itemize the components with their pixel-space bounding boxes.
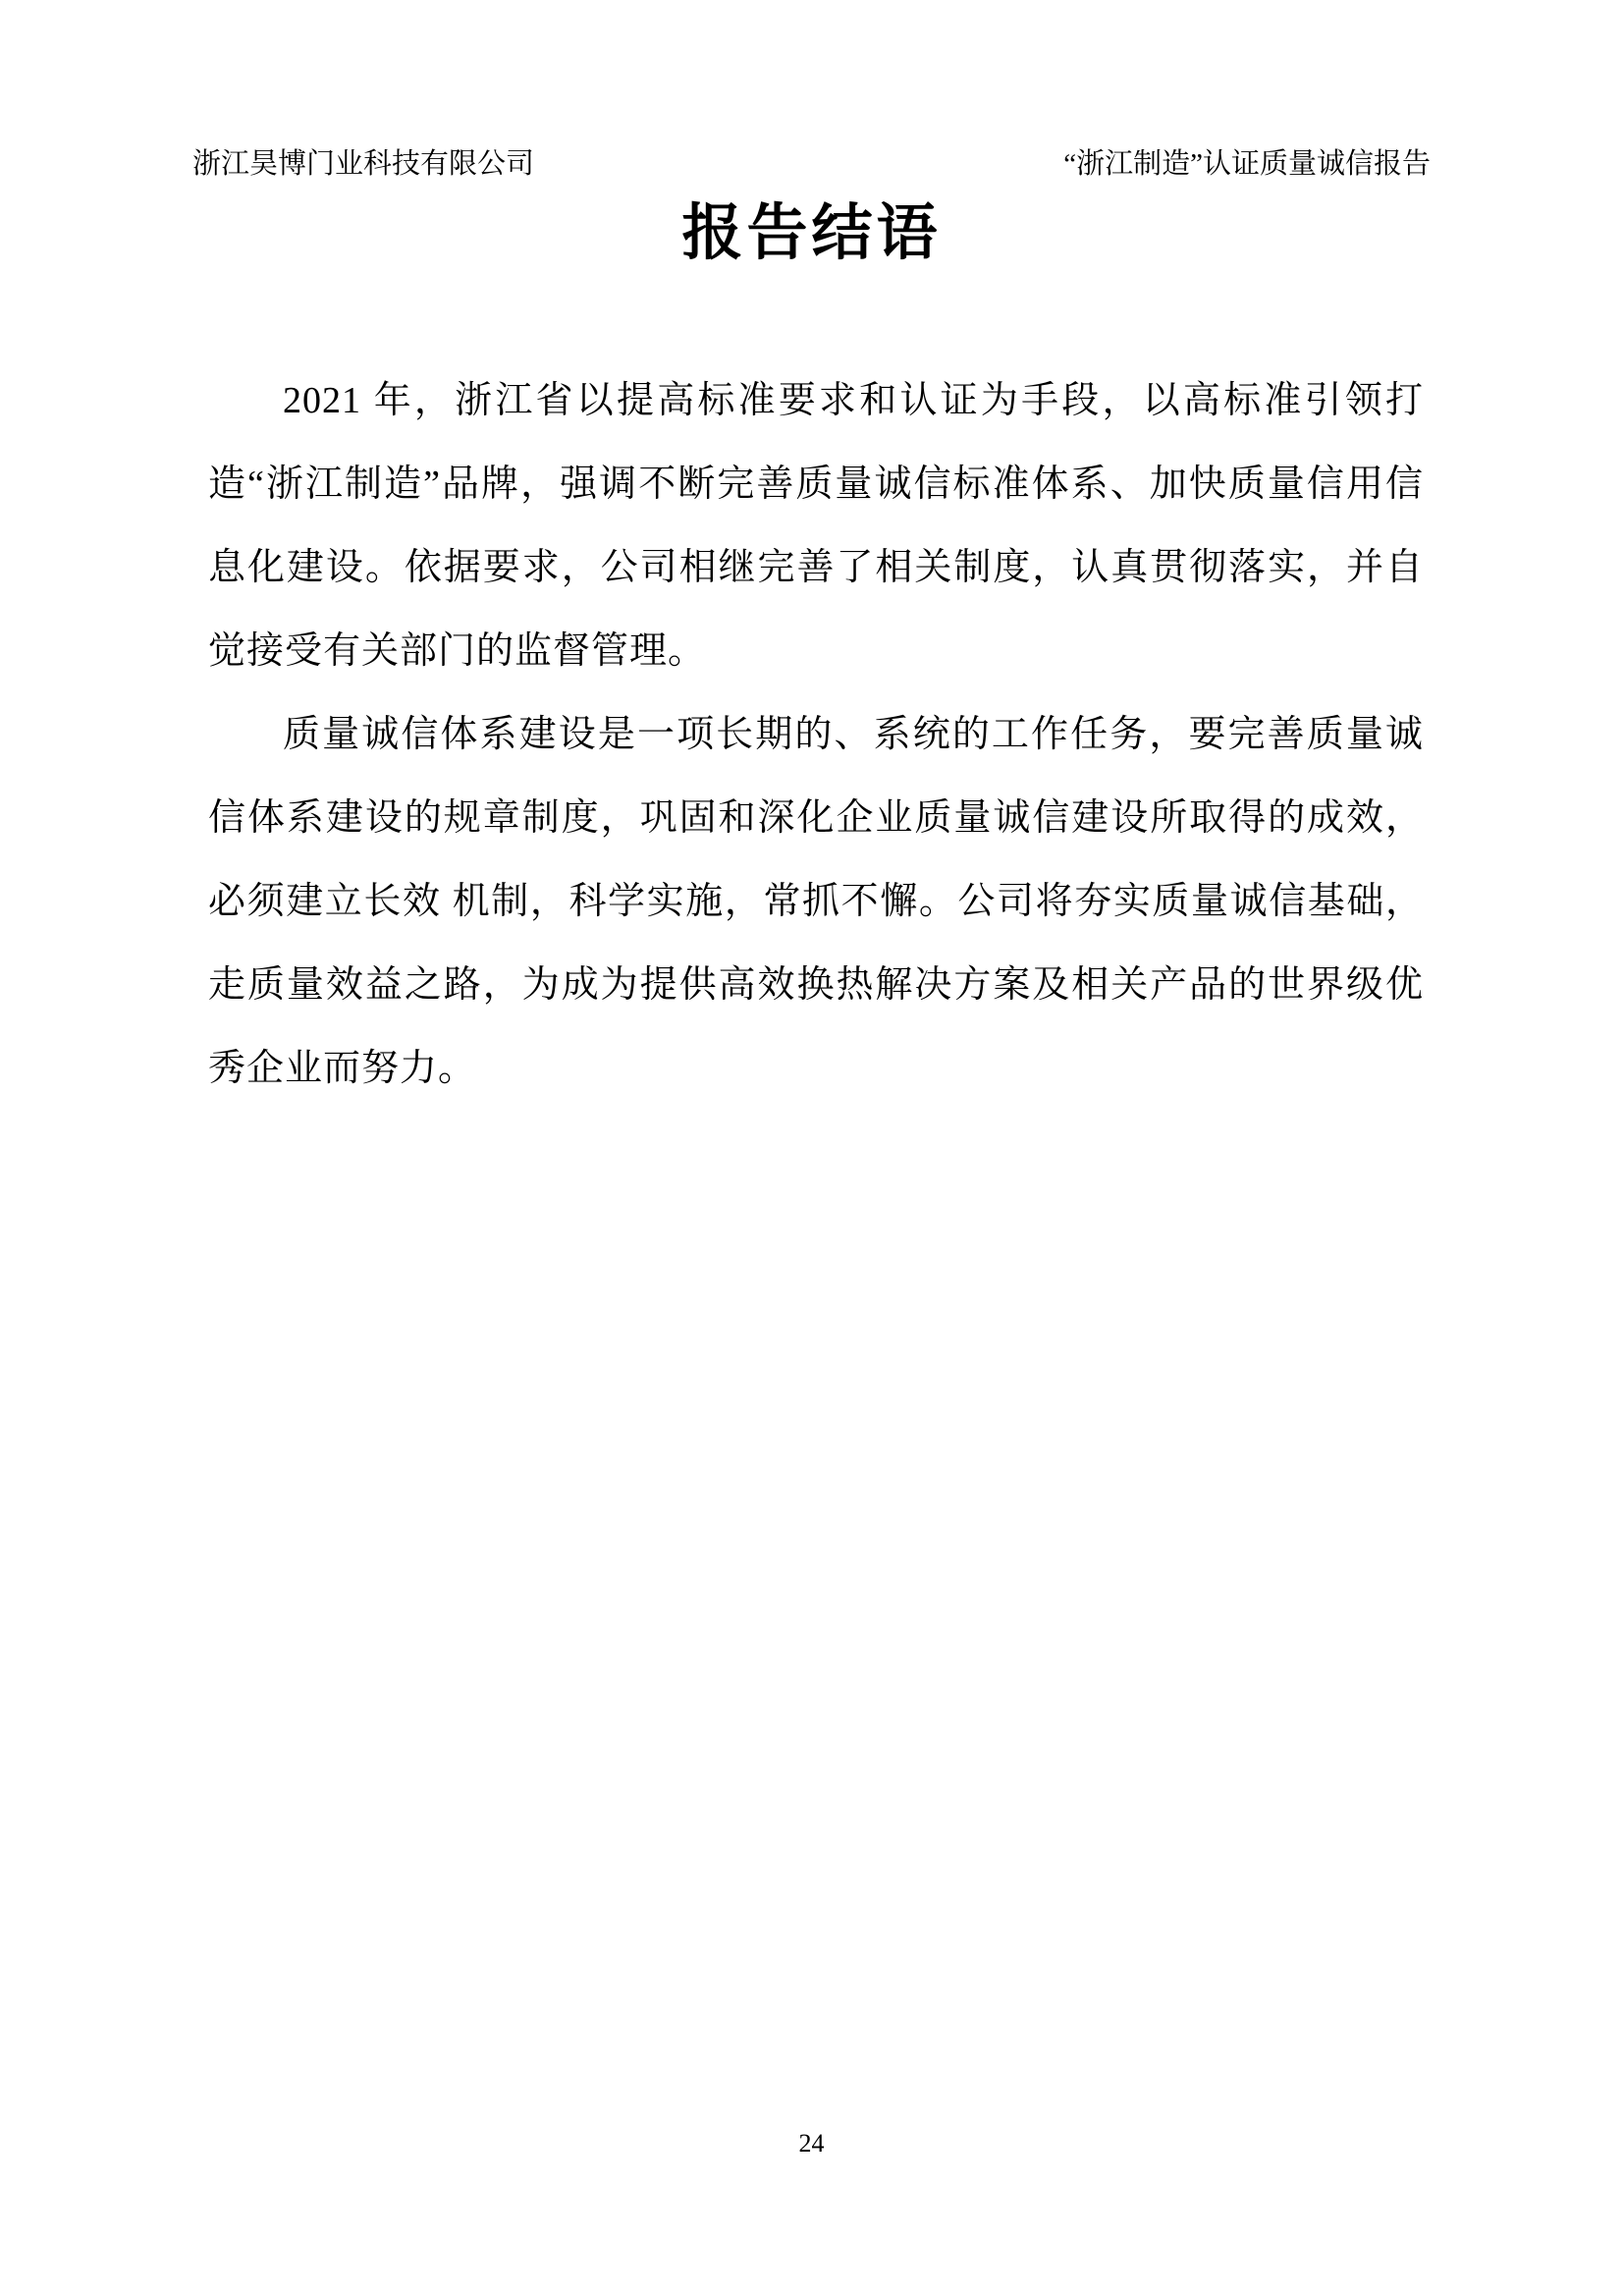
header-company-name: 浙江昊博门业科技有限公司 <box>192 147 534 181</box>
page-number: 24 <box>799 2129 825 2158</box>
paragraph-1: 2021 年，浙江省以提高标准要求和认证为手段，以高标准引领打造“浙江制造”品牌… <box>208 359 1424 693</box>
page-header: 浙江昊博门业科技有限公司 “浙江制造”认证质量诚信报告 <box>192 147 1431 181</box>
document-body: 2021 年，浙江省以提高标准要求和认证为手段，以高标准引领打造“浙江制造”品牌… <box>208 359 1424 1111</box>
header-report-name: “浙江制造”认证质量诚信报告 <box>1063 147 1431 181</box>
paragraph-2: 质量诚信体系建设是一项长期的、系统的工作任务，要完善质量诚信体系建设的规章制度，… <box>208 693 1424 1111</box>
page-title: 报告结语 <box>0 194 1623 273</box>
page-footer: 24 <box>0 2129 1623 2159</box>
document-page: 浙江昊博门业科技有限公司 “浙江制造”认证质量诚信报告 报告结语 2021 年，… <box>0 0 1623 2296</box>
